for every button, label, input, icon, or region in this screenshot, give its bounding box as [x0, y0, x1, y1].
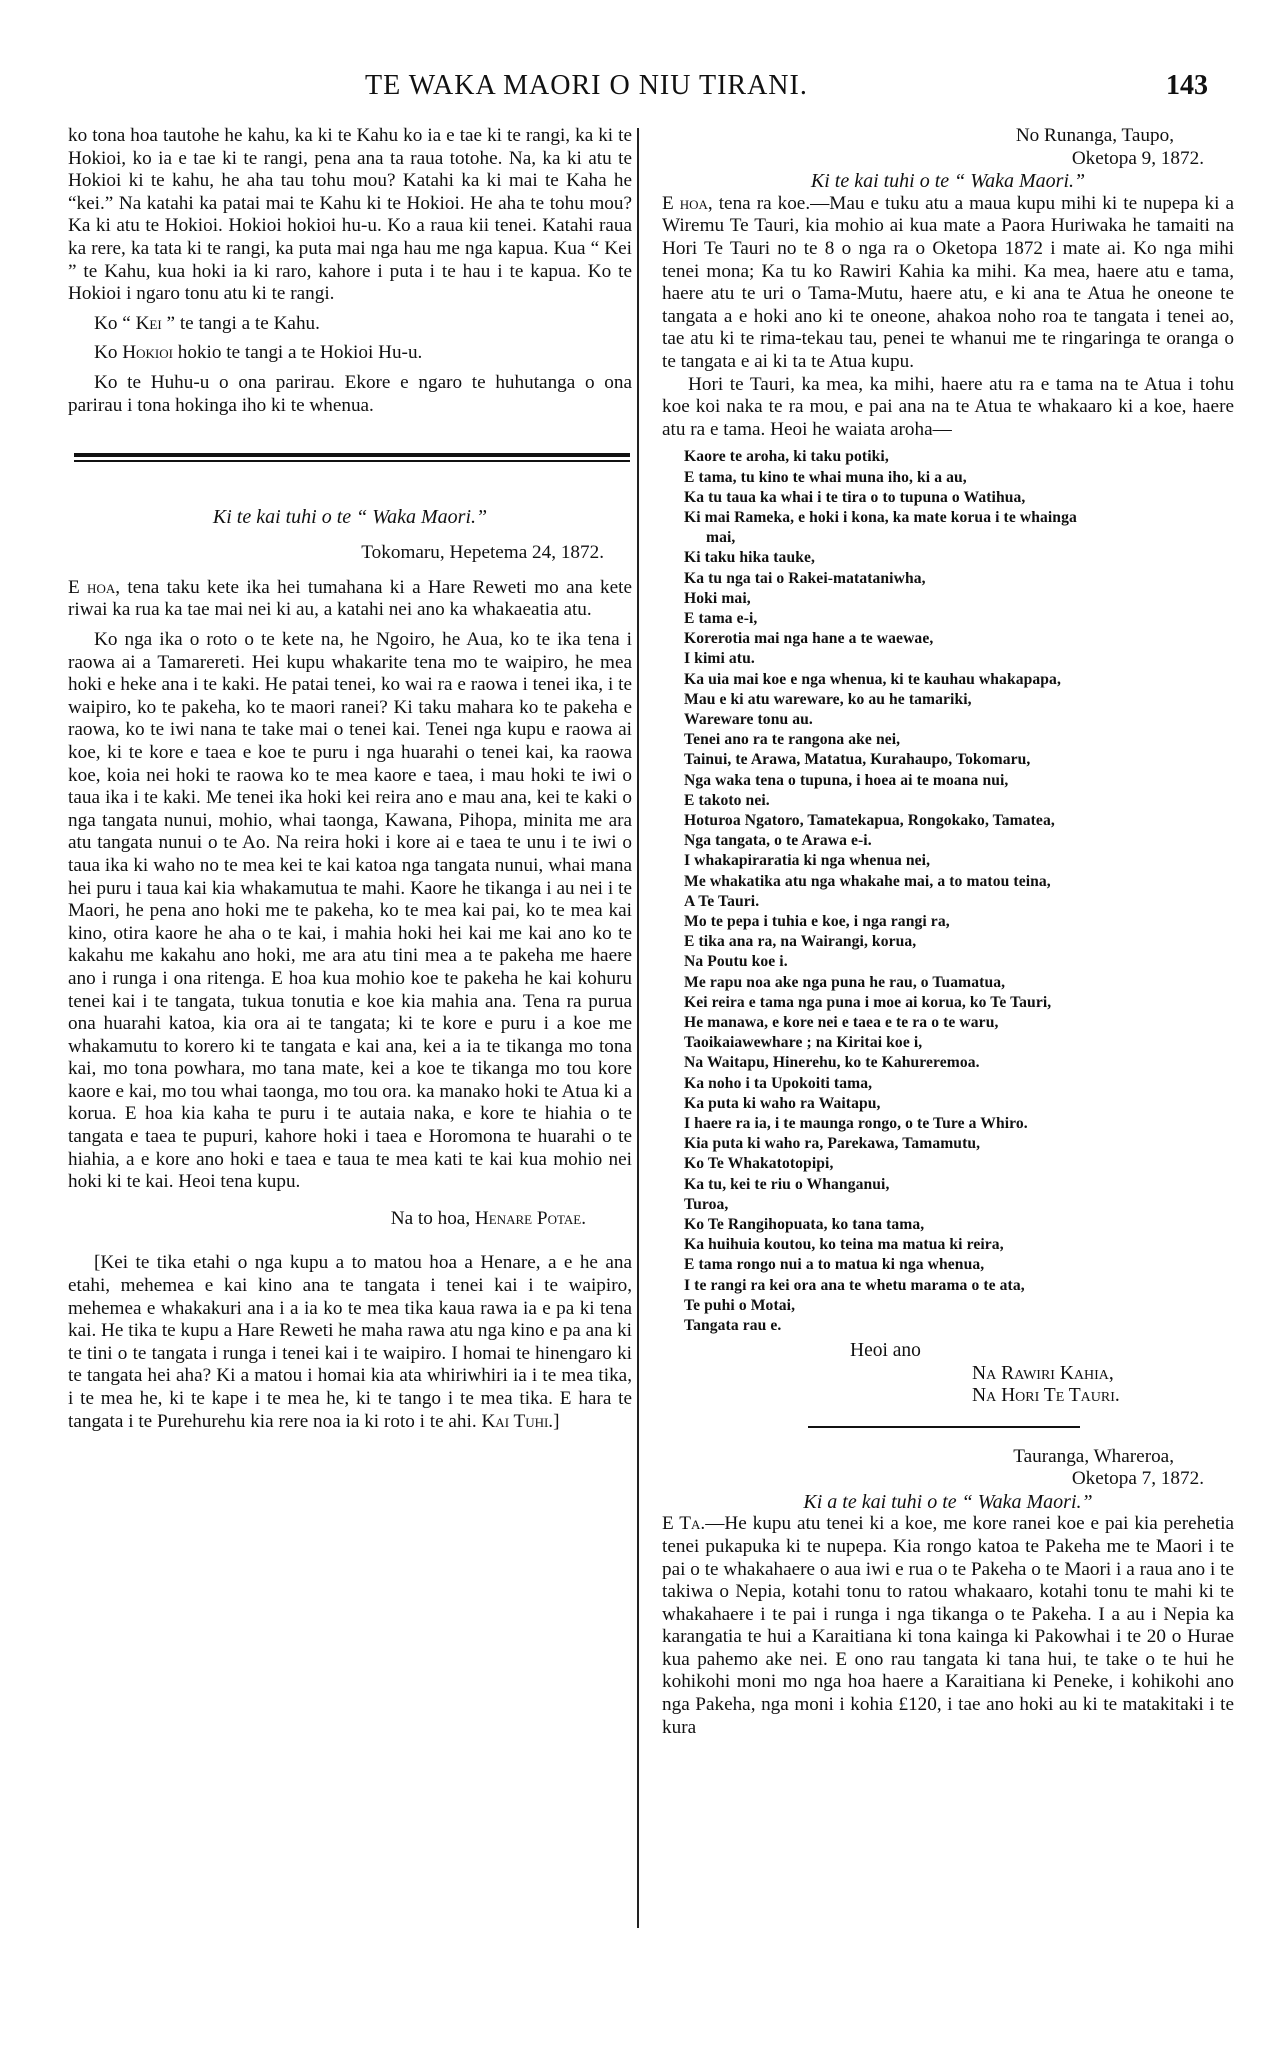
- poem-line-continuation: mai,: [684, 528, 1234, 548]
- lament-poem: Kaore te aroha, ki taku potiki, E tama, …: [662, 447, 1234, 1336]
- poem-line: Nga tangata, o te Arawa e-i.: [684, 831, 1234, 851]
- letter1-date: Oketopa 9, 1872.: [662, 148, 1204, 171]
- poem-line: Ko Te Whakatotopipi,: [684, 1154, 1234, 1174]
- letter-paragraph-1: E hoa, tena taku kete ika hei tumahana k…: [68, 577, 632, 622]
- closing-phrase: Heoi ano: [662, 1340, 1234, 1363]
- letter2-date: Oketopa 7, 1872.: [662, 1468, 1204, 1491]
- newspaper-name: Waka Maori.: [372, 506, 476, 528]
- signatory-name: Na Rawiri Kahia,: [662, 1363, 1234, 1386]
- letter1-paragraph-2: Hori te Tauri, ka mea, ka mihi, haere at…: [662, 374, 1234, 442]
- letter2-location: Tauranga, Whareroa,: [662, 1446, 1204, 1469]
- poem-line: Tenei ano ra te rangona ake nei,: [684, 730, 1234, 750]
- final-paragraph: Ko te Huhu-u o ona parirau. Ekore e ngar…: [68, 372, 632, 417]
- letter2-salutation: Ki a te kai tuhi o te “ Waka Maori.”: [662, 1491, 1234, 1514]
- cry-hokioi-line: Ko Hokioi hokio te tangi a te Hokioi Hu-…: [68, 342, 632, 365]
- poem-line: Ki taku hika tauke,: [684, 548, 1234, 568]
- section-separator-rule: [74, 453, 630, 462]
- poem-line: Me whakatika atu nga whakahe mai, a to m…: [684, 872, 1234, 892]
- poem-line: Kia puta ki waho ra, Parekawa, Tamamutu,: [684, 1134, 1234, 1154]
- poem-line: I kimi atu.: [684, 649, 1234, 669]
- poem-line: I whakapiraratia ki nga whenua nei,: [684, 851, 1234, 871]
- poem-line: Ka noho i ta Upokoiti tama,: [684, 1074, 1234, 1094]
- cry-kei-line: Ko “ Kei ” te tangi a te Kahu.: [68, 313, 632, 336]
- newspaper-name: Waka Maori.: [978, 1491, 1082, 1513]
- running-title: TE WAKA MAORI O NIU TIRANI.: [365, 70, 808, 102]
- letter2-paragraph-1: E Ta.—He kupu atu tenei ki a koe, me kor…: [662, 1513, 1234, 1739]
- poem-line: Tangata rau e.: [684, 1316, 1234, 1336]
- poem-line: E takoto nei.: [684, 791, 1234, 811]
- newspaper-name: Waka Maori.: [970, 170, 1074, 192]
- poem-line: Turoa,: [684, 1195, 1234, 1215]
- poem-line: E tama rongo nui a to matua ki nga whenu…: [684, 1255, 1234, 1275]
- editor-note: [Kei te tika etahi o nga kupu a to matou…: [68, 1252, 632, 1433]
- poem-line: Na Waitapu, Hinerehu, ko te Kahureremoa.: [684, 1053, 1234, 1073]
- poem-line: Mo te pepa i tuhia e koe, i nga rangi ra…: [684, 912, 1234, 932]
- letter-paragraph-2: Ko nga ika o roto o te kete na, he Ngoir…: [68, 629, 632, 1194]
- poem-line: Hoturoa Ngatoro, Tamatekapua, Rongokako,…: [684, 811, 1234, 831]
- letter-signature: Na to hoa, Henare Potae.: [68, 1208, 632, 1231]
- poem-line: Ka tu, kei te riu o Whanganui,: [684, 1175, 1234, 1195]
- poem-line: I haere ra ia, i te maunga rongo, o te T…: [684, 1114, 1234, 1134]
- poem-line: Ka huihuia koutou, ko teina ma matua ki …: [684, 1235, 1234, 1255]
- continued-paragraph: ko tona hoa tautohe he kahu, ka ki te Ka…: [68, 125, 632, 306]
- poem-line: Hoki mai,: [684, 589, 1234, 609]
- poem-line: Kaore te aroha, ki taku potiki,: [684, 447, 1234, 467]
- page-header: TE WAKA MAORI O NIU TIRANI. 143: [0, 70, 1280, 110]
- poem-line: Kei reira e tama nga puna i moe ai korua…: [684, 993, 1234, 1013]
- poem-line: Ki mai Rameka, e hoki i kona, ka mate ko…: [684, 508, 1234, 528]
- small-caps-word: Hokioi: [122, 342, 173, 363]
- poem-line: Korerotia mai nga hane a te waewae,: [684, 629, 1234, 649]
- poem-line: Ka puta ki waho ra Waitapu,: [684, 1094, 1234, 1114]
- opening-small-caps: E hoa,: [662, 193, 713, 214]
- poem-line: E tama e-i,: [684, 609, 1234, 629]
- right-column: No Runanga, Taupo, Oketopa 9, 1872. Ki t…: [662, 125, 1234, 1739]
- page-number: 143: [1166, 70, 1208, 102]
- poem-line: He manawa, e kore nei e taea e te ra o t…: [684, 1013, 1234, 1033]
- letter1-location: No Runanga, Taupo,: [662, 125, 1204, 148]
- poem-line: Mau e ki atu wareware, ko au he tamariki…: [684, 690, 1234, 710]
- poem-line: Ka tu taua ka whai i te tira o to tupuna…: [684, 488, 1234, 508]
- opening-small-caps: E Ta.: [662, 1513, 705, 1534]
- signatory-name: Na Hori Te Tauri.: [662, 1385, 1234, 1408]
- poem-line: Nga waka tena o tupuna, i hoea ai te moa…: [684, 771, 1234, 791]
- poem-line: Taoikaiawewhare ; na Kiritai koe i,: [684, 1033, 1234, 1053]
- left-column: ko tona hoa tautohe he kahu, ka ki te Ka…: [68, 125, 632, 1433]
- poem-line: Ko Te Rangihopuata, ko tana tama,: [684, 1215, 1234, 1235]
- editor-signoff: Kai Tuhi.: [481, 1411, 553, 1432]
- poem-line: Wareware tonu au.: [684, 710, 1234, 730]
- poem-line: E tika ana ra, na Wairangi, korua,: [684, 932, 1234, 952]
- poem-line: E tama, tu kino te whai muna iho, ki a a…: [684, 468, 1234, 488]
- poem-line: I te rangi ra kei ora ana te whetu maram…: [684, 1276, 1234, 1296]
- letter1-location-block: No Runanga, Taupo, Oketopa 9, 1872.: [662, 125, 1234, 170]
- small-caps-word: Kei: [136, 313, 162, 334]
- poem-line: A Te Tauri.: [684, 892, 1234, 912]
- letter2-location-block: Tauranga, Whareroa, Oketopa 7, 1872.: [662, 1446, 1234, 1491]
- poem-line: Te puhi o Motai,: [684, 1296, 1234, 1316]
- signatory-name: Henare Potae.: [475, 1208, 586, 1229]
- poem-line: Ka uia mai koe e nga whenua, ki te kauha…: [684, 670, 1234, 690]
- letter1-salutation: Ki te kai tuhi o te “ Waka Maori.”: [662, 170, 1234, 193]
- column-divider: [637, 128, 639, 1928]
- letter1-closing: Heoi ano Na Rawiri Kahia, Na Hori Te Tau…: [662, 1340, 1234, 1408]
- letter-dateline: Tokomaru, Hepetema 24, 1872.: [68, 542, 632, 565]
- opening-small-caps: E hoa,: [68, 577, 120, 598]
- poem-line: Me rapu noa ake nga puna he rau, o Tuama…: [684, 973, 1234, 993]
- poem-line: Tainui, te Arawa, Matatua, Kurahaupo, To…: [684, 750, 1234, 770]
- poem-line: Ka tu nga tai o Rakei-matataniwha,: [684, 569, 1234, 589]
- letter-separator-rule: [808, 1426, 1080, 1428]
- letter1-paragraph-1: E hoa, tena ra koe.—Mau e tuku atu a mau…: [662, 193, 1234, 374]
- letter-salutation: Ki te kai tuhi o te “ Waka Maori.”: [68, 506, 632, 529]
- poem-line: Na Poutu koe i.: [684, 952, 1234, 972]
